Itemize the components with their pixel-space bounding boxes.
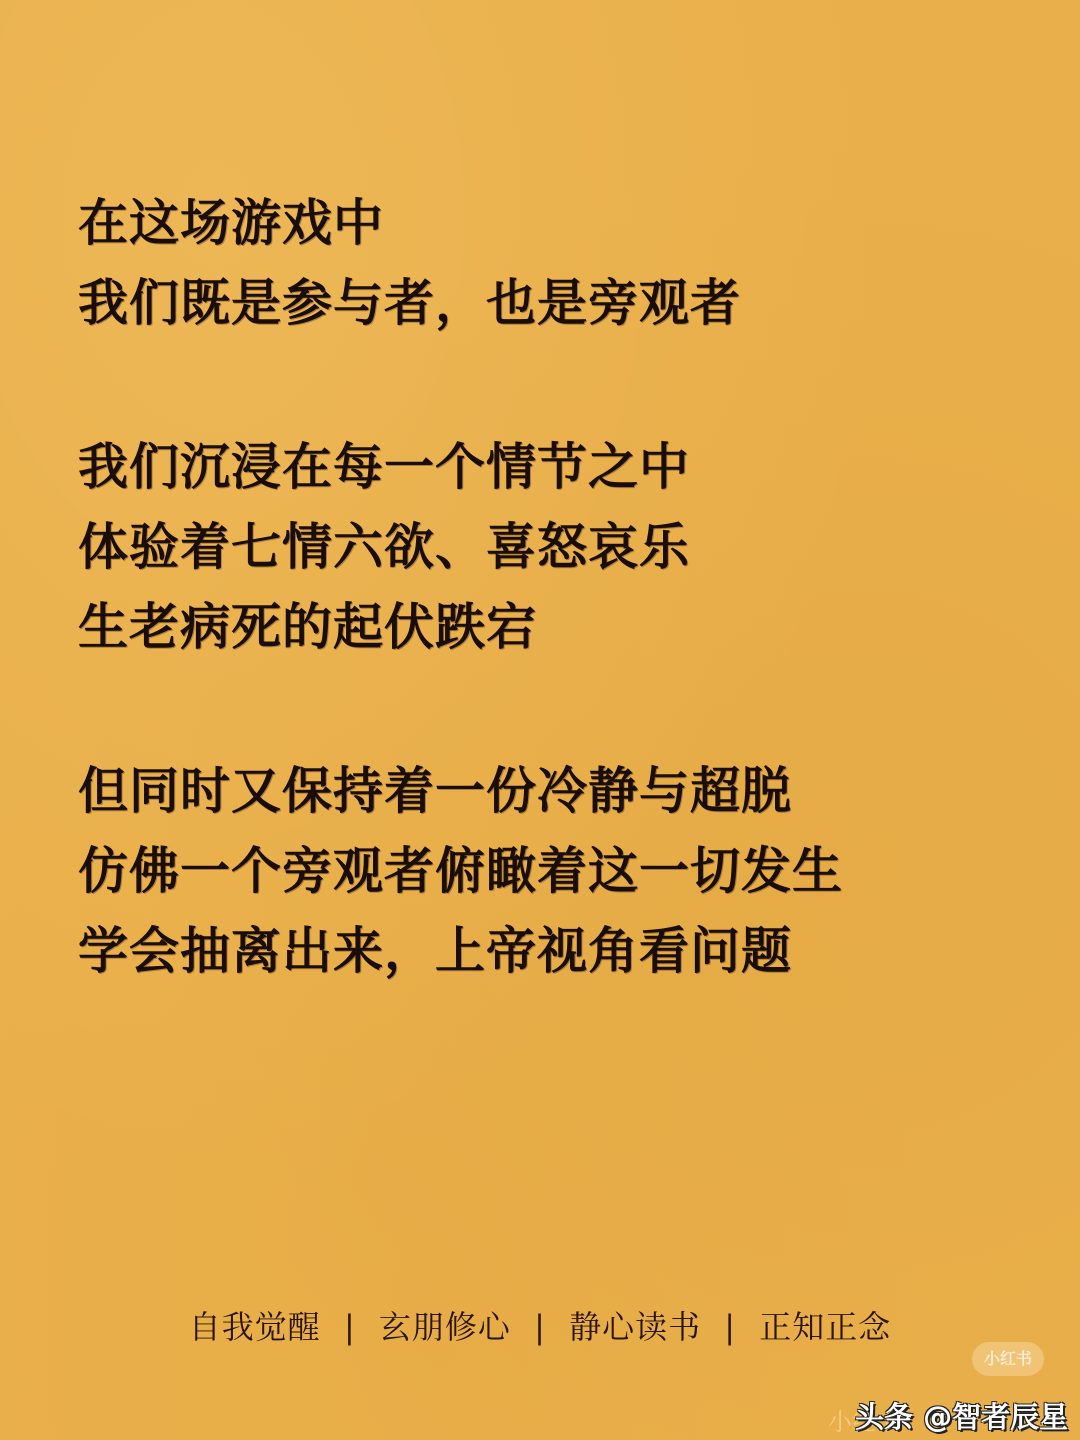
tag: 静心读书 — [569, 1308, 701, 1346]
poem-body: 在这场游戏中 我们既是参与者，也是旁观者 我们沉浸在每一个情节之中 体验着七情六… — [78, 183, 843, 1075]
xiaohongshu-badge: 小红书 — [972, 1342, 1044, 1376]
poem-line: 学会抽离出来，上帝视角看问题 — [78, 911, 843, 991]
tag: 玄朋修心 — [379, 1308, 511, 1346]
footer-tags: 自我觉醒 | 玄朋修心 | 静心读书 | 正知正念 — [0, 1302, 1080, 1348]
tag: 自我觉醒 — [189, 1308, 321, 1346]
poem-line: 我们既是参与者，也是旁观者 — [78, 263, 843, 343]
separator: | — [724, 1308, 736, 1346]
author-watermark: 头条 @智者辰星 — [855, 1395, 1068, 1436]
separator: | — [534, 1308, 546, 1346]
tag: 正知正念 — [759, 1308, 891, 1346]
separator: | — [344, 1308, 356, 1346]
stanza-2: 我们沉浸在每一个情节之中 体验着七情六欲、喜怒哀乐 生老病死的起伏跌宕 — [78, 427, 843, 667]
poem-line: 生老病死的起伏跌宕 — [78, 587, 843, 667]
poem-line: 我们沉浸在每一个情节之中 — [78, 427, 843, 507]
poem-line: 在这场游戏中 — [78, 183, 843, 263]
poem-line: 仿佛一个旁观者俯瞰着这一切发生 — [78, 831, 843, 911]
stanza-1: 在这场游戏中 我们既是参与者，也是旁观者 — [78, 183, 843, 343]
poem-line: 但同时又保持着一份冷静与超脱 — [78, 751, 843, 831]
poem-line: 体验着七情六欲、喜怒哀乐 — [78, 507, 843, 587]
stanza-3: 但同时又保持着一份冷静与超脱 仿佛一个旁观者俯瞰着这一切发生 学会抽离出来，上帝… — [78, 751, 843, 991]
